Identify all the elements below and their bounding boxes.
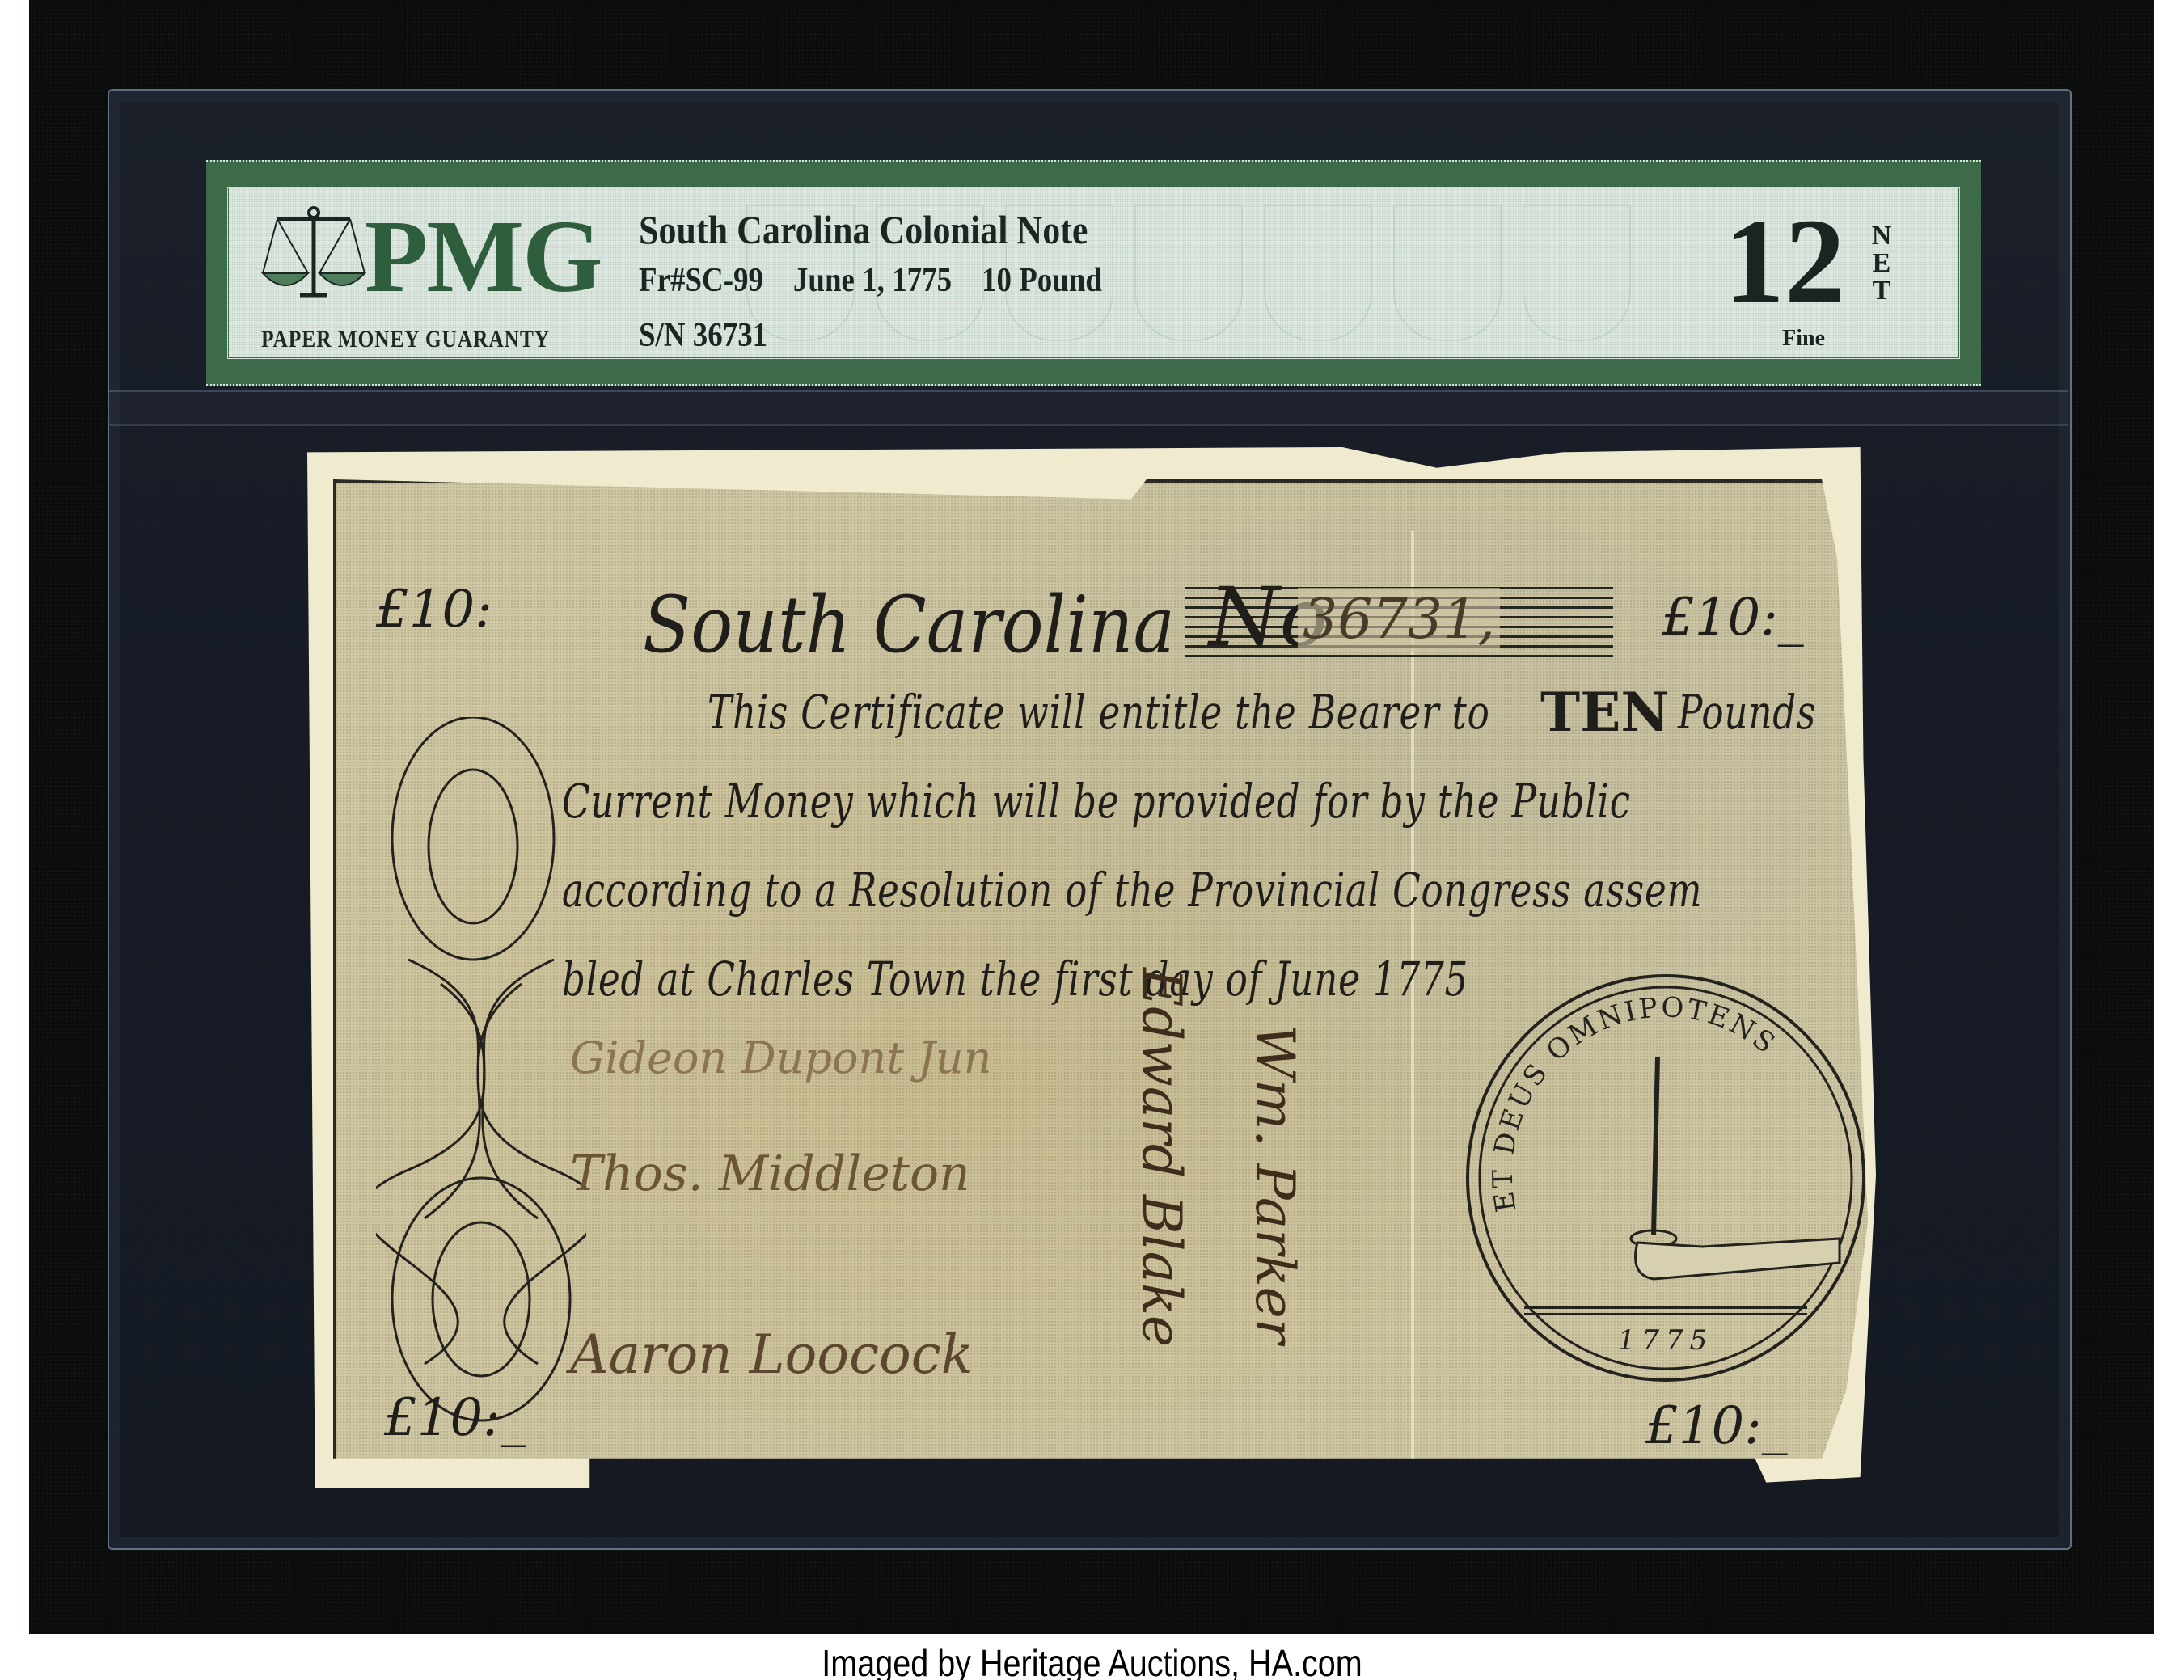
denomination-bottom-right: £10:_ (1645, 1396, 1788, 1456)
seal-year: 1775 (1618, 1324, 1714, 1357)
body-text-line-1: This Certificate will entitle the Bearer… (708, 685, 1490, 740)
banknote: £10: South Carolina No 36731, £10:_ This… (307, 447, 1876, 1488)
svg-text:ET DEUS OMNIPOTENS: ET DEUS OMNIPOTENS (1487, 991, 1783, 1214)
serial-number: S/N 36731 (639, 316, 767, 355)
seal-motto: ET DEUS OMNIPOTENS (1487, 991, 1783, 1214)
pmg-logo: PMG (365, 205, 602, 308)
body-text-line-3: according to a Resolution of the Provinc… (562, 863, 1702, 918)
signature-1: Gideon Dupont Jun (570, 1032, 991, 1083)
catalog-date-denomination: Fr#SC-99 June 1, 1775 10 Pound (639, 261, 1102, 300)
grade-adjective: Fine (1782, 326, 1825, 352)
scales-of-justice-icon (261, 205, 366, 302)
note-printed-area: £10: South Carolina No 36731, £10:_ This… (333, 479, 1868, 1469)
image-credit-caption: Imaged by Heritage Auctions, HA.com (153, 1641, 2031, 1680)
grade-qualifier: N E T (1869, 222, 1894, 305)
denomination-top-left: £10: (376, 580, 492, 639)
note-title: South Carolina Colonial Note (639, 206, 1088, 253)
denomination-bottom-left: £10:_ (384, 1388, 526, 1448)
watermark-scales-icon (1523, 205, 1631, 341)
state-name: South Carolina (643, 580, 1175, 670)
seal-arm-with-sword: ET DEUS OMNIPOTENS 1775 (1460, 968, 1872, 1388)
signature-2: Thos. Middleton (570, 1146, 970, 1202)
label-panel: PMG PAPER MONEY GUARANTY South Carolina … (226, 186, 1961, 360)
signature-vertical-1: Edward Blake (1130, 968, 1193, 1347)
signature-vertical-2: Wm. Parker (1244, 1024, 1306, 1344)
grade-qualifier-letter: E (1869, 250, 1894, 277)
serial-number-handwritten: 36731, (1298, 588, 1500, 652)
grade-qualifier-letter: N (1869, 222, 1894, 250)
holder-seam (108, 390, 2068, 426)
denomination-top-right: £10:_ (1662, 588, 1804, 648)
amount-bold: TEN (1540, 681, 1670, 744)
grade-qualifier-letter: T (1869, 277, 1894, 305)
watermark-scales-icon (1134, 205, 1243, 341)
grade-number: 12 (1724, 188, 1845, 334)
watermark-scales-icon (1393, 205, 1502, 341)
vertical-tear (1411, 531, 1414, 1501)
amount-word: Pounds (1678, 685, 1816, 740)
body-text-line-2: Current Money which will be provided for… (562, 774, 1631, 829)
body-text-line-4: bled at Charles Town the first day of Ju… (562, 952, 1468, 1007)
pmg-tagline: PAPER MONEY GUARANTY (261, 326, 550, 353)
calligraphic-flourish (376, 717, 586, 1429)
watermark-scales-icon (1264, 205, 1372, 341)
pmg-grading-label: PMG PAPER MONEY GUARANTY South Carolina … (206, 160, 1981, 386)
signature-3: Aaron Loocock (570, 1323, 974, 1386)
